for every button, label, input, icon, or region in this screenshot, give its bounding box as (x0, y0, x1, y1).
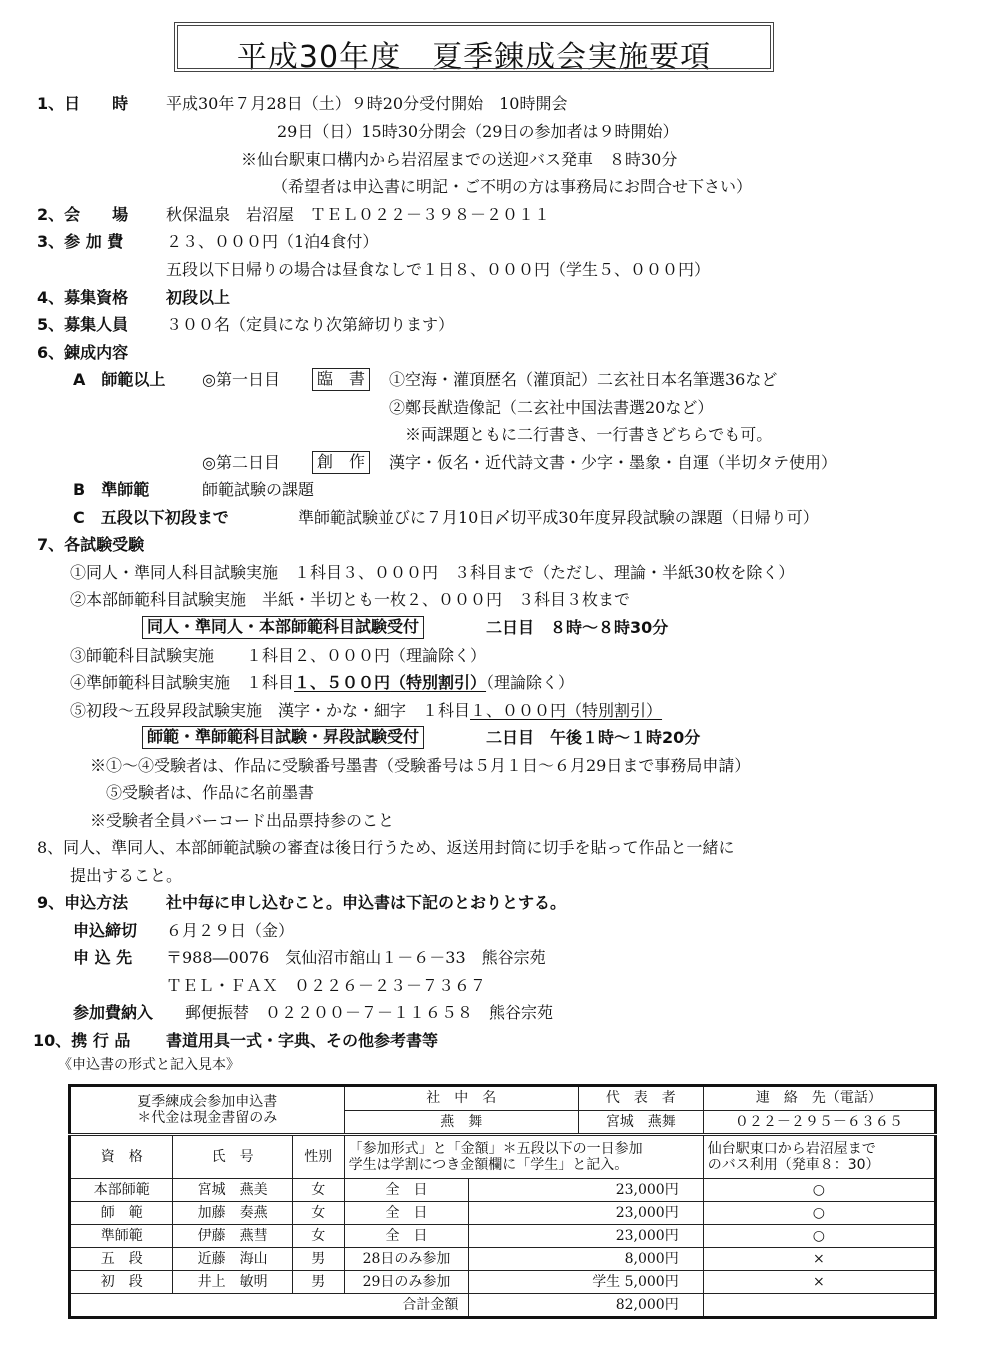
cell-gender: 男 (292, 1248, 344, 1271)
cell-bus: × (703, 1248, 935, 1271)
col-gender: 性別 (292, 1135, 344, 1179)
s7-reception-1-time: 二日目 ８時～８時30分 (486, 620, 668, 636)
s7-item-5: ⑤初段～五段昇段試験実施 漢字・かな・細字 １科目１、０００円（特別割引） (70, 703, 662, 719)
s2-label: 2、会 場 (37, 207, 128, 223)
cell-gender: 女 (292, 1202, 344, 1225)
s7-item-4-price: １、５００円 (294, 673, 390, 692)
s7-note-2: ⑤受験者は、作品に名前墨書 (106, 785, 314, 801)
s9-label: 9、申込方法 (37, 895, 128, 911)
cell-rank: 準師範 (70, 1225, 173, 1248)
col-name: 氏 号 (173, 1135, 292, 1179)
s7-reception-2-time: 二日目 午後１時～１時20分 (486, 730, 700, 746)
s4-label: 4、募集資格 (37, 290, 128, 306)
col-bus: 仙台駅東口から岩沼屋まで のバス利用（発車８：30） (703, 1135, 935, 1179)
cell-type: 28日のみ参加 (344, 1248, 469, 1271)
cell-amount: 23,000円 (469, 1225, 703, 1248)
s5-label: 5、募集人員 (37, 317, 128, 333)
table-row: 本部師範 宮城 燕美 女 全 日 23,000円 ○ (70, 1179, 936, 1202)
s7-item-4-prefix: ④準師範科目試験実施 １科目 (70, 673, 294, 692)
form-title-cell: 夏季練成会参加申込書 ＊代金は現金書留のみ (70, 1086, 345, 1135)
rep-header: 代 表 者 (578, 1086, 703, 1111)
cell-type: 全 日 (344, 1202, 469, 1225)
form-payment-note: ＊代金は現金書留のみ (75, 1110, 340, 1126)
s1-line-4: （希望者は申込書に明記・ご不明の方は事務局にお問合せ下さい） (272, 179, 752, 195)
title-box: 平成30年度 夏季錬成会実施要項 (174, 22, 774, 72)
cell-type: 全 日 (344, 1179, 469, 1202)
rep-value: 宮城 燕舞 (578, 1110, 703, 1135)
contact-value: ０２２－２９５－６３６５ (703, 1110, 935, 1135)
s6-label: 6、錬成内容 (37, 345, 128, 361)
s7-item-5-price: １、０００円 (470, 701, 566, 720)
s1-line-1: 平成30年７月28日（土）９時20分受付開始 10時開会 (166, 96, 567, 112)
application-form-table: 夏季練成会参加申込書 ＊代金は現金書留のみ 社 中 名 代 表 者 連 絡 先（… (68, 1084, 937, 1319)
cell-amount: 学生 5,000円 (469, 1271, 703, 1294)
s9-text: 社中毎に申し込むこと。申込書は下記のとおりとする。 (166, 895, 566, 911)
cell-bus: ○ (703, 1179, 935, 1202)
form-title: 夏季練成会参加申込書 (75, 1094, 340, 1110)
s7-reception-2-box: 師範・準師範科目試験・昇段試験受付 (142, 726, 424, 749)
s2-text: 秋保温泉 岩沼屋 ＴＥＬ０２２－３９８－２０１１ (166, 207, 550, 223)
s3-line-1: ２３、０００円（1泊4食付） (166, 234, 378, 250)
table-row: 五 段 近藤 海山 男 28日のみ参加 8,000円 × (70, 1248, 936, 1271)
cell-gender: 男 (292, 1271, 344, 1294)
cell-name: 宮城 燕美 (173, 1179, 292, 1202)
org-value: 燕 舞 (344, 1110, 578, 1135)
cell-bus: × (703, 1271, 935, 1294)
s9-dest-label: 申 込 先 (73, 950, 132, 966)
s9-payment-label: 参加費納入 (73, 1005, 153, 1021)
col-participation-line-1: 「参加形式」と「金額」＊五段以下の一日参加 (349, 1141, 699, 1157)
org-header: 社 中 名 (344, 1086, 578, 1111)
s10-text: 書道用具一式・字典、その他参考書等 (166, 1033, 438, 1049)
s3-label: 3、参 加 費 (37, 234, 123, 250)
col-participation-line-2: 学生は学割につき金額欄に「学生」と記入。 (349, 1157, 699, 1173)
total-row: 合計金額 82,000円 (70, 1294, 936, 1318)
s7-item-4-discount: （特別割引） (390, 673, 486, 692)
cell-name: 近藤 海山 (173, 1248, 292, 1271)
s4-text: 初段以上 (166, 290, 230, 306)
s6-a-day2: ◎第二日目 (202, 455, 280, 471)
total-blank (703, 1294, 935, 1318)
col-participation: 「参加形式」と「金額」＊五段以下の一日参加 学生は学割につき金額欄に「学生」と記… (344, 1135, 703, 1179)
cell-type: 全 日 (344, 1225, 469, 1248)
s6-c-text: 準師範試験並びに７月10日〆切平成30年度昇段試験の課題（日帰り可） (298, 510, 819, 526)
s7-note-3: ※受験者全員バーコード出品票持参のこと (90, 813, 394, 829)
s6-a-day1-line-1: ①空海・灌頂歴名（灌頂記）二玄社日本名筆選36など (389, 372, 777, 388)
cell-rank: 本部師範 (70, 1179, 173, 1202)
s6-a-day2-box: 創 作 (312, 451, 370, 474)
cell-name: 伊藤 燕彗 (173, 1225, 292, 1248)
s7-item-5-prefix: ⑤初段～五段昇段試験実施 漢字・かな・細字 １科目 (70, 701, 470, 720)
col-bus-line-2: のバス利用（発車８：30） (708, 1157, 930, 1173)
s7-note-1: ※①～④受験者は、作品に受験番号墨書（受験番号は５月１日～６月29日まで事務局申… (90, 758, 750, 774)
s8-line-2: 提出すること。 (70, 868, 182, 884)
cell-amount: 23,000円 (469, 1179, 703, 1202)
col-rank: 資 格 (70, 1135, 173, 1179)
s6-a-day2-text: 漢字・仮名・近代詩文書・少字・墨象・自運（半切タテ使用） (389, 455, 837, 471)
s7-item-4-suffix: （理論除く） (486, 673, 574, 692)
cell-gender: 女 (292, 1179, 344, 1202)
s1-label: 1、日 時 (37, 96, 128, 112)
s1-line-3: ※仙台駅東口構内から岩沼屋までの送迎バス発車 ８時30分 (241, 152, 677, 168)
total-value: 82,000円 (469, 1294, 703, 1318)
s9-dest-address: 〒988―0076 気仙沼市舘山１－６－33 熊谷宗苑 (166, 950, 546, 966)
total-label: 合計金額 (70, 1294, 469, 1318)
s7-item-5-discount: （特別割引） (566, 701, 662, 720)
cell-gender: 女 (292, 1225, 344, 1248)
s6-b-text: 師範試験の課題 (202, 482, 314, 498)
s8-line-1: 8、同人、準同人、本部師範試験の審査は後日行うため、返送用封筒に切手を貼って作品… (37, 840, 735, 856)
s6-a-day1: ◎第一日目 (202, 372, 280, 388)
s6-b-label: B 準師範 (73, 482, 149, 498)
s6-a-label: A 師範以上 (73, 372, 165, 388)
cell-type: 29日のみ参加 (344, 1271, 469, 1294)
s6-c-label: C 五段以下初段まで (73, 510, 229, 526)
s3-line-2: 五段以下日帰りの場合は昼食なしで１日８、０００円（学生５、０００円） (166, 262, 710, 278)
table-row: 師 範 加藤 奏燕 女 全 日 23,000円 ○ (70, 1202, 936, 1225)
s6-a-day1-line-2: ②鄭長猷造像記（二玄社中国法書選20など） (389, 400, 713, 416)
table-row: 初 段 井上 敏明 男 29日のみ参加 学生 5,000円 × (70, 1271, 936, 1294)
cell-amount: 8,000円 (469, 1248, 703, 1271)
table-row: 準師範 伊藤 燕彗 女 全 日 23,000円 ○ (70, 1225, 936, 1248)
s10-label: 10、携 行 品 (33, 1033, 130, 1049)
s9-deadline: ６月２９日（金） (166, 923, 294, 939)
s6-a-day1-box: 臨 書 (312, 368, 370, 391)
s9-deadline-label: 申込締切 (73, 923, 137, 939)
s7-reception-1-box: 同人・準同人・本部師範科目試験受付 (142, 616, 424, 639)
s1-line-2: 29日（日）15時30分閉会（29日の参加者は９時開始） (277, 124, 678, 140)
s7-item-4: ④準師範科目試験実施 １科目１、５００円（特別割引）（理論除く） (70, 675, 574, 691)
s5-text: ３００名（定員になり次第締切ります） (166, 317, 454, 333)
s7-item-2: ②本部師範科目試験実施 半紙・半切とも一枚２、０００円 ３科目３枚まで (70, 592, 630, 608)
s6-a-day1-line-3: ※両課題ともに二行書き、一行書きどちらでも可。 (405, 427, 772, 443)
cell-rank: 師 範 (70, 1202, 173, 1225)
s7-item-1: ①同人・準同人科目試験実施 １科目３、０００円 ３科目まで（ただし、理論・半紙3… (70, 565, 794, 581)
cell-rank: 初 段 (70, 1271, 173, 1294)
cell-name: 井上 敏明 (173, 1271, 292, 1294)
cell-bus: ○ (703, 1202, 935, 1225)
col-bus-line-1: 仙台駅東口から岩沼屋まで (708, 1141, 930, 1157)
form-caption: 《申込書の形式と記入見本》 (58, 1058, 240, 1072)
page-title: 平成30年度 夏季錬成会実施要項 (175, 32, 773, 76)
s9-payment: 郵便振替 ０２２００－７－１１６５８ 熊谷宗苑 (185, 1005, 553, 1021)
cell-bus: ○ (703, 1225, 935, 1248)
s9-dest-tel: ＴＥＬ・ＦＡＸ ０２２６－２３－７３６７ (166, 978, 486, 994)
s7-label: 7、各試験受験 (37, 537, 144, 553)
cell-rank: 五 段 (70, 1248, 173, 1271)
cell-amount: 23,000円 (469, 1202, 703, 1225)
s7-item-3: ③師範科目試験実施 １科目２、０００円（理論除く） (70, 648, 486, 664)
contact-header: 連 絡 先（電話） (703, 1086, 935, 1111)
cell-name: 加藤 奏燕 (173, 1202, 292, 1225)
